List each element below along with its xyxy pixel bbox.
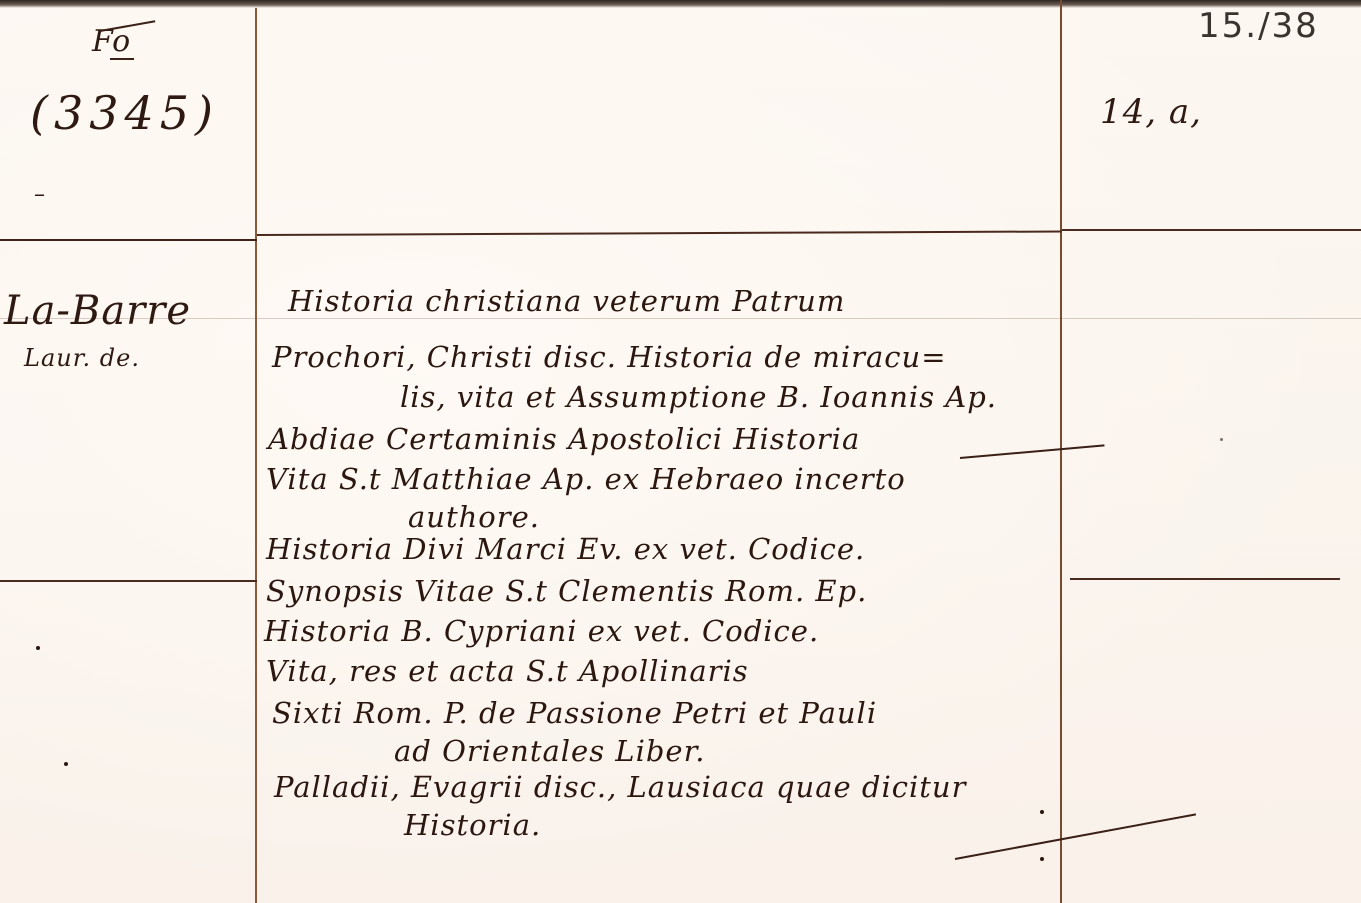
faint-guide-line bbox=[0, 318, 1361, 319]
scan-top-edge bbox=[0, 0, 1361, 8]
title-line: authore. bbox=[408, 500, 540, 534]
rule-horizontal-top-left bbox=[0, 239, 257, 241]
rule-horizontal-mid-right bbox=[1070, 578, 1340, 580]
title-line: lis, vita et Assumptione B. Ioannis Ap. bbox=[400, 380, 997, 414]
title-line: Vita S.t Matthiae Ap. ex Hebraeo incerto bbox=[266, 462, 906, 496]
title-line: Historia Divi Marci Ev. ex vet. Codice. bbox=[266, 532, 865, 566]
title-line: Abdiae Certaminis Apostolici Historia bbox=[268, 422, 860, 456]
end-of-entry-stroke bbox=[955, 813, 1196, 860]
rule-vertical-left bbox=[255, 8, 257, 903]
ink-speck bbox=[1220, 438, 1223, 441]
shelfmark-underline bbox=[110, 58, 134, 60]
title-line: Vita, res et acta S.t Apollinaris bbox=[266, 654, 749, 688]
title-line: Palladii, Evagrii disc., Lausiaca quae d… bbox=[274, 770, 966, 804]
volume-reference: 14, a, bbox=[1100, 92, 1202, 132]
dash-mark: – bbox=[34, 182, 46, 207]
ink-speck bbox=[1040, 857, 1044, 861]
title-line: Synopsis Vitae S.t Clementis Rom. Ep. bbox=[266, 574, 867, 608]
ink-speck bbox=[36, 646, 40, 650]
ink-speck bbox=[64, 762, 68, 766]
rule-horizontal-top-middle bbox=[257, 230, 1062, 236]
catalog-number: (3345) bbox=[30, 86, 219, 140]
ink-speck bbox=[1040, 810, 1044, 814]
title-line: Historia B. Cypriani ex vet. Codice. bbox=[264, 614, 819, 648]
pen-flourish bbox=[960, 444, 1105, 459]
title-line: Prochori, Christi disc. Historia de mira… bbox=[272, 340, 947, 374]
title-line: Sixti Rom. P. de Passione Petri et Pauli bbox=[272, 696, 877, 730]
rule-vertical-right bbox=[1060, 0, 1062, 903]
author-given-name: Laur. de. bbox=[24, 344, 140, 372]
title-line: ad Orientales Liber. bbox=[394, 734, 705, 768]
folio-number: 15./38 bbox=[1198, 6, 1319, 46]
catalog-card: Fo (3345) – 15./38 14, a, La-Barre Laur.… bbox=[0, 0, 1361, 903]
rule-horizontal-top-right bbox=[1062, 229, 1361, 231]
title-line: Historia. bbox=[404, 808, 541, 842]
title-line: Historia christiana veterum Patrum bbox=[288, 284, 845, 318]
rule-horizontal-mid-left bbox=[0, 580, 257, 582]
author-surname: La-Barre bbox=[4, 288, 191, 334]
